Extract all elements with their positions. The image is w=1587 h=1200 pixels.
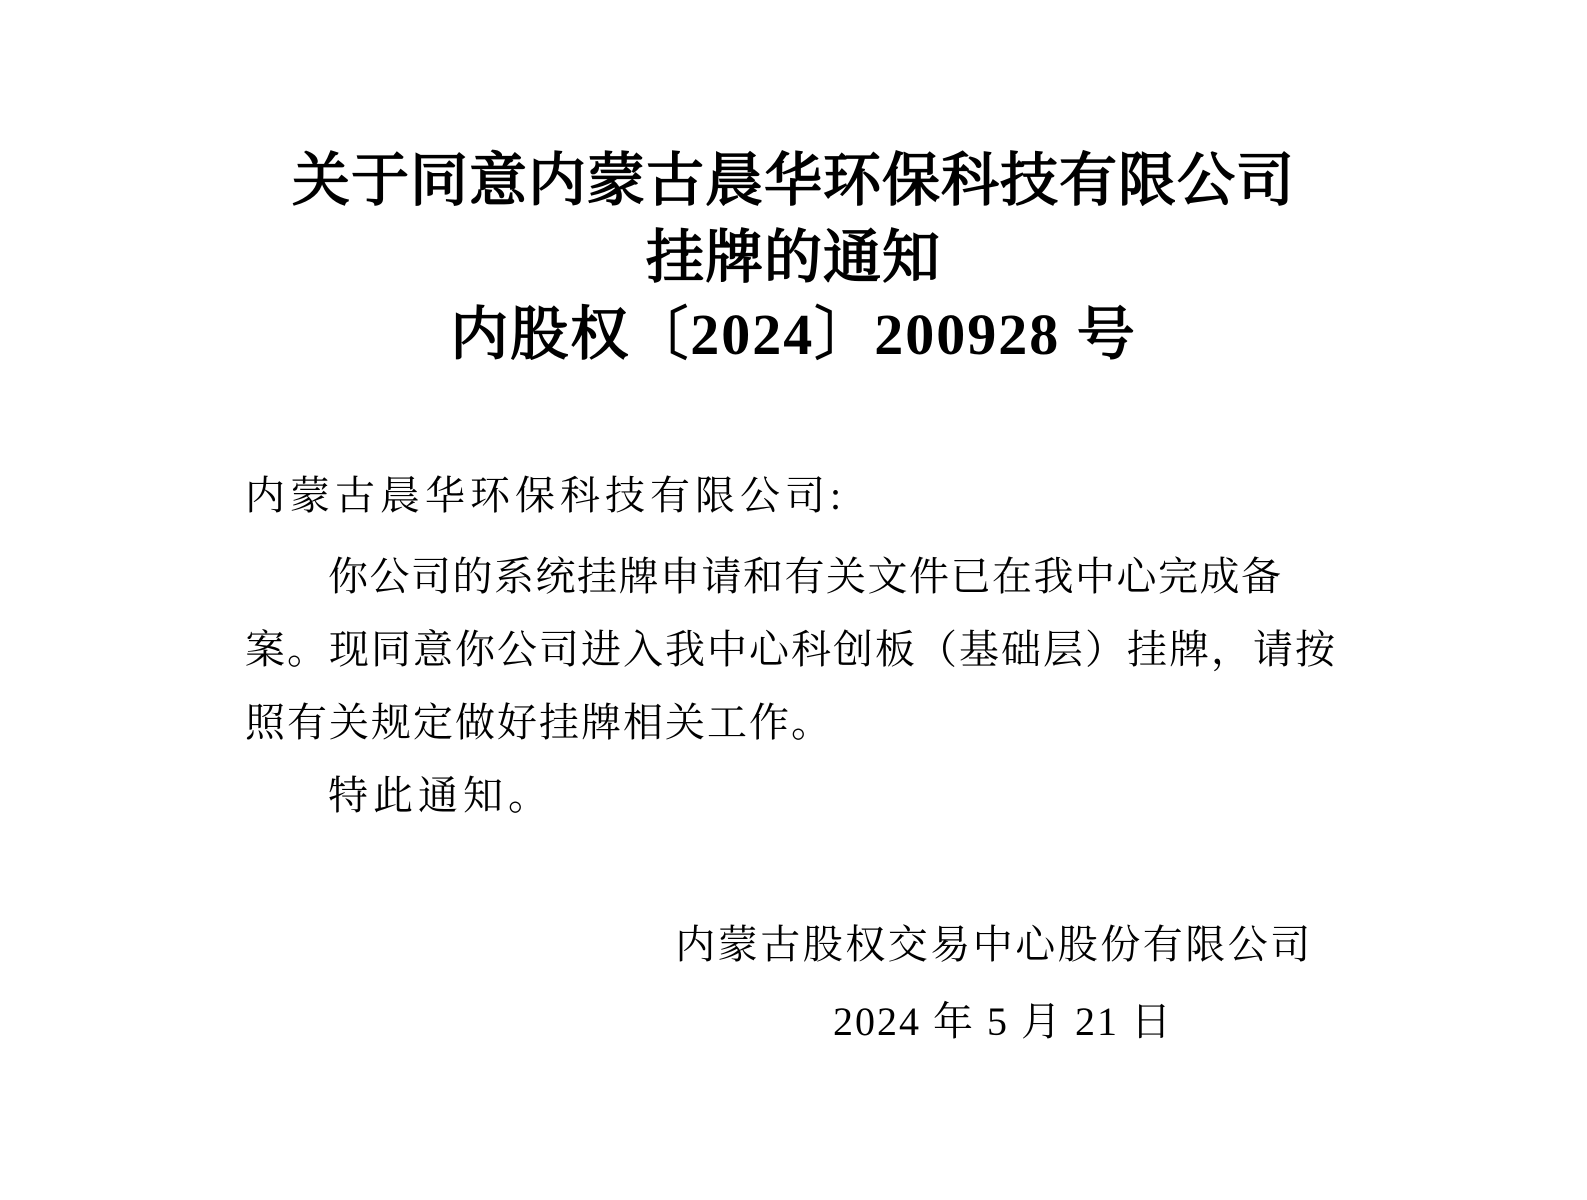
paragraph-line: 你公司的系统挂牌申请和有关文件已在我中心完成备	[245, 540, 1355, 613]
title-line-2: 挂牌的通知	[0, 219, 1587, 296]
document-title: 关于同意内蒙古晨华环保科技有限公司 挂牌的通知 内股权〔2024〕200928 …	[0, 142, 1587, 373]
salutation-line: 内蒙古晨华环保科技有限公司:	[245, 459, 1355, 532]
document-number: 内股权〔2024〕200928 号	[0, 296, 1587, 373]
paragraph-line: 案。现同意你公司进入我中心科创板（基础层）挂牌，请按	[245, 613, 1355, 686]
document-body: 内蒙古晨华环保科技有限公司: 你公司的系统挂牌申请和有关文件已在我中心完成备 案…	[245, 459, 1355, 832]
title-line-1: 关于同意内蒙古晨华环保科技有限公司	[0, 142, 1587, 219]
document-page: 关于同意内蒙古晨华环保科技有限公司 挂牌的通知 内股权〔2024〕200928 …	[0, 0, 1587, 1200]
signature-date: 2024 年 5 月 21 日	[664, 983, 1324, 1060]
signature-company: 内蒙古股权交易中心股份有限公司	[664, 906, 1324, 983]
closing-line: 特此通知。	[245, 759, 1355, 832]
signature-block: 内蒙古股权交易中心股份有限公司 2024 年 5 月 21 日	[664, 906, 1324, 1060]
paragraph-line: 照有关规定做好挂牌相关工作。	[245, 686, 1355, 759]
